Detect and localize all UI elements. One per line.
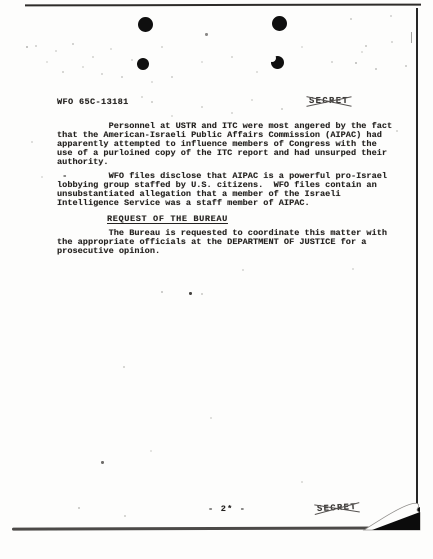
file-number: WFO 65C-13181 xyxy=(57,97,129,107)
page-curl-artifact xyxy=(352,488,422,532)
paragraph-2: - WFO files disclose that AIPAC is a pow… xyxy=(57,172,417,208)
hole-punch-dot xyxy=(272,16,287,31)
hole-punch-dot xyxy=(138,17,153,32)
document-body: Personnel at USTR and ITC were most ange… xyxy=(57,122,417,256)
classification-stamp-top: SECRET xyxy=(309,96,349,106)
secret-stamp-struck-text: SECRET xyxy=(309,96,349,106)
section-heading: REQUEST OF THE BUREAU xyxy=(107,215,417,224)
paragraph-1: Personnel at USTR and ITC were most ange… xyxy=(57,122,417,167)
paragraph-3: The Bureau is requested to coordinate th… xyxy=(57,229,417,256)
scan-noise-tick xyxy=(411,32,412,43)
scan-edge-top xyxy=(25,4,421,7)
scan-noise-dark-specks xyxy=(0,0,3,3)
hole-punch-dot xyxy=(137,58,149,70)
scan-edge-right xyxy=(416,8,418,509)
page-number: - 2* - xyxy=(208,504,246,514)
hole-punch-dot xyxy=(271,56,284,69)
scanned-document-page: WFO 65C-13181 SECRET Personnel at USTR a… xyxy=(0,0,433,559)
hole-punch-notch xyxy=(268,54,276,62)
